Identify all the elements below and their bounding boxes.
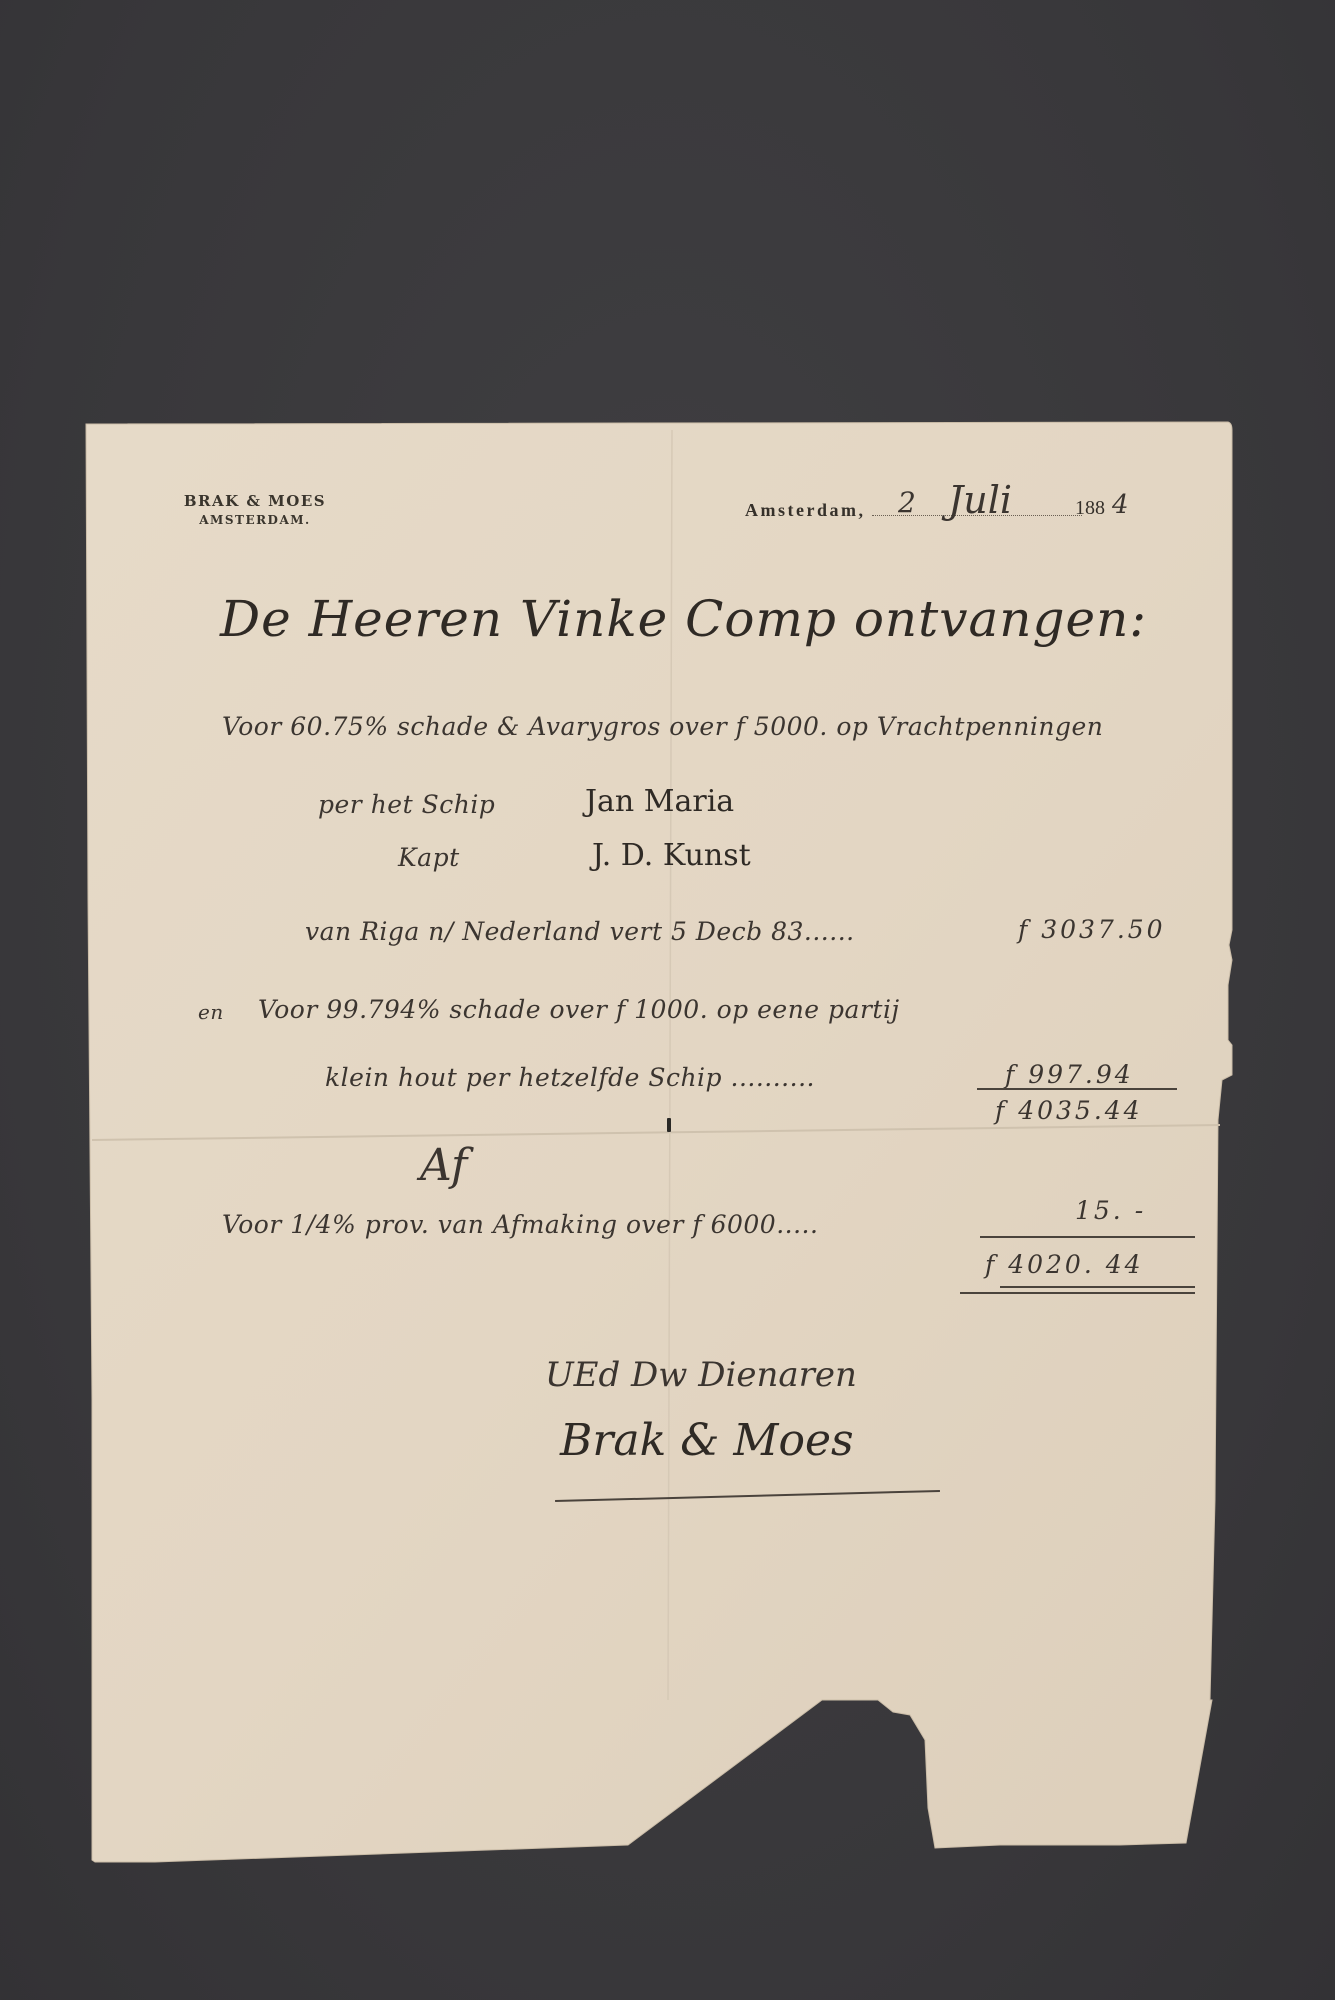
amount-line-6: f 997.94 xyxy=(1005,1060,1134,1089)
dateline-year-handwritten: 4 xyxy=(1112,490,1129,520)
dateline-place-text: Amsterdam, xyxy=(745,500,865,520)
body-line-3-label: Kapt xyxy=(398,843,460,872)
body-line-7: Voor 1/4% prov. van Afmaking over f 6000… xyxy=(222,1210,818,1239)
subtotal-amount: f 4035.44 xyxy=(995,1096,1143,1125)
letterhead: BRAK & MOES AMSTERDAM. xyxy=(145,492,365,528)
greeting-line: De Heeren Vinke Comp ontvangen: xyxy=(220,590,1147,648)
fold-hole xyxy=(667,1118,671,1132)
subtotal-rule xyxy=(977,1088,1177,1090)
body-line-5: Voor 99.794% schade over f 1000. op eene… xyxy=(258,995,900,1024)
amount-line-7: 15. - xyxy=(1075,1196,1146,1225)
signature: Brak & Moes xyxy=(560,1415,854,1466)
total-underline-1 xyxy=(960,1292,1195,1294)
signoff: UEd Dw Dienaren xyxy=(545,1355,857,1395)
ship-name: Jan Maria xyxy=(585,784,734,819)
deduct-label: Af xyxy=(420,1140,467,1191)
letterhead-city: AMSTERDAM. xyxy=(145,512,365,528)
body-line-5-prefix: en xyxy=(198,1000,224,1024)
letterhead-firm: BRAK & MOES xyxy=(145,492,365,510)
amount-line-4: f 3037.50 xyxy=(1018,915,1166,944)
dateline-year-printed: 188 xyxy=(1075,497,1105,520)
total-rule xyxy=(980,1236,1195,1238)
dateline-month: Juli xyxy=(948,478,1012,522)
body-line-6: klein hout per hetzelfde Schip .........… xyxy=(325,1063,815,1092)
total-underline-2 xyxy=(1000,1286,1195,1288)
body-line-4: van Riga n/ Nederland vert 5 Decb 83....… xyxy=(305,917,855,946)
body-line-2-label: per het Schip xyxy=(318,790,495,819)
body-line-1: Voor 60.75% schade & Avarygros over f 50… xyxy=(222,712,1103,741)
dateline-day: 2 xyxy=(898,486,916,519)
total-amount: f 4020. 44 xyxy=(985,1250,1144,1279)
captain-name: J. D. Kunst xyxy=(592,838,751,873)
